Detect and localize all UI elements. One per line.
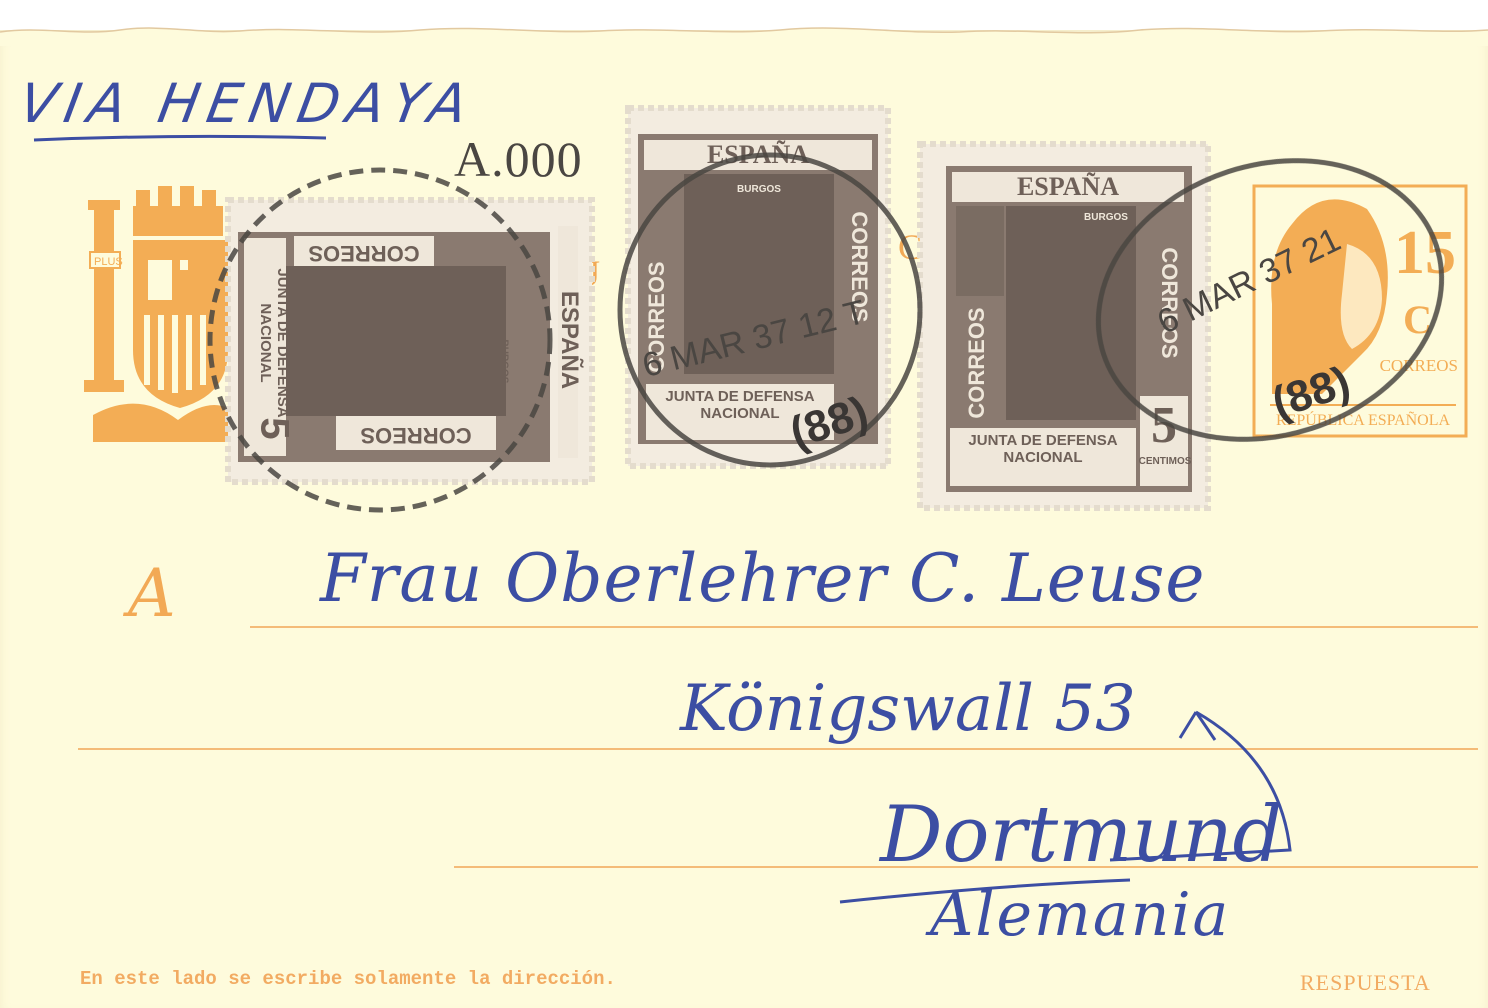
stamp-label: CORREOS [644, 232, 670, 402]
stamp-value: 5 [252, 409, 297, 449]
postage-stamp: ESPAÑA BURGOS CORREOS CORREOS JUNTA DE D… [624, 104, 892, 470]
stamp-country: ESPAÑA [644, 140, 872, 170]
stamp-place: BURGOS [684, 184, 834, 195]
postage-stamp: ESPAÑA BURGOS CORREOS CORREOS JUNTA DE D… [916, 140, 1212, 512]
indicium-label: CORREOS [1380, 356, 1458, 376]
indicium-value: 15 [1394, 218, 1456, 289]
torn-top-edge [0, 18, 1488, 46]
serial-number: A.000 [454, 130, 583, 188]
stamp-place: BURGOS [1076, 212, 1136, 223]
address-recipient: Frau Oberlehrer C. Leuse [320, 540, 1205, 617]
svg-text:PLUS: PLUS [94, 256, 123, 268]
stamp-unit: CENTIMOS [1138, 456, 1192, 467]
stamp-label: CORREOS [294, 240, 434, 266]
printed-indicium: 15 C CORREOS REPÚBLICA ESPAÑOLA [1252, 184, 1468, 438]
stamp-place: BURGOS [499, 332, 510, 392]
stamp-country: ESPAÑA [952, 172, 1184, 202]
footer-instruction: En este lado se escribe solamente la dir… [80, 968, 616, 990]
stamp-label: CORREOS [1156, 218, 1182, 388]
address-street: Königswall 53 [680, 672, 1136, 746]
postage-stamp: JUNTA DE DEFENSANACIONAL CORREOS CORREOS… [224, 196, 596, 486]
stamp-label: CORREOS [336, 422, 496, 448]
stamp-country: ESPAÑA [555, 265, 583, 415]
address-prefix: A [128, 555, 176, 632]
stamp-label: CORREOS [846, 182, 872, 352]
address-rule [78, 748, 1478, 750]
address-rule [250, 626, 1478, 628]
routing-note: VIA HENDAYA [14, 72, 479, 135]
stamp-label: CORREOS [964, 278, 990, 448]
address-city: Dortmund [880, 790, 1283, 880]
stamp-issuer: JUNTA DE DEFENSANACIONAL [950, 432, 1136, 466]
routing-underline [30, 130, 330, 150]
stamp-issuer: JUNTA DE DEFENSANACIONAL [646, 388, 834, 422]
stamp-value: 5 [1140, 396, 1188, 455]
indicium-country: REPÚBLICA ESPAÑOLA [1270, 404, 1456, 430]
address-country: Alemania [930, 880, 1230, 950]
reply-label: RESPUESTA [1300, 970, 1431, 996]
coat-of-arms-icon: PLUS [78, 180, 248, 445]
stamp-issuer: JUNTA DE DEFENSANACIONAL [257, 263, 291, 423]
indicium-unit: C [1403, 296, 1432, 343]
